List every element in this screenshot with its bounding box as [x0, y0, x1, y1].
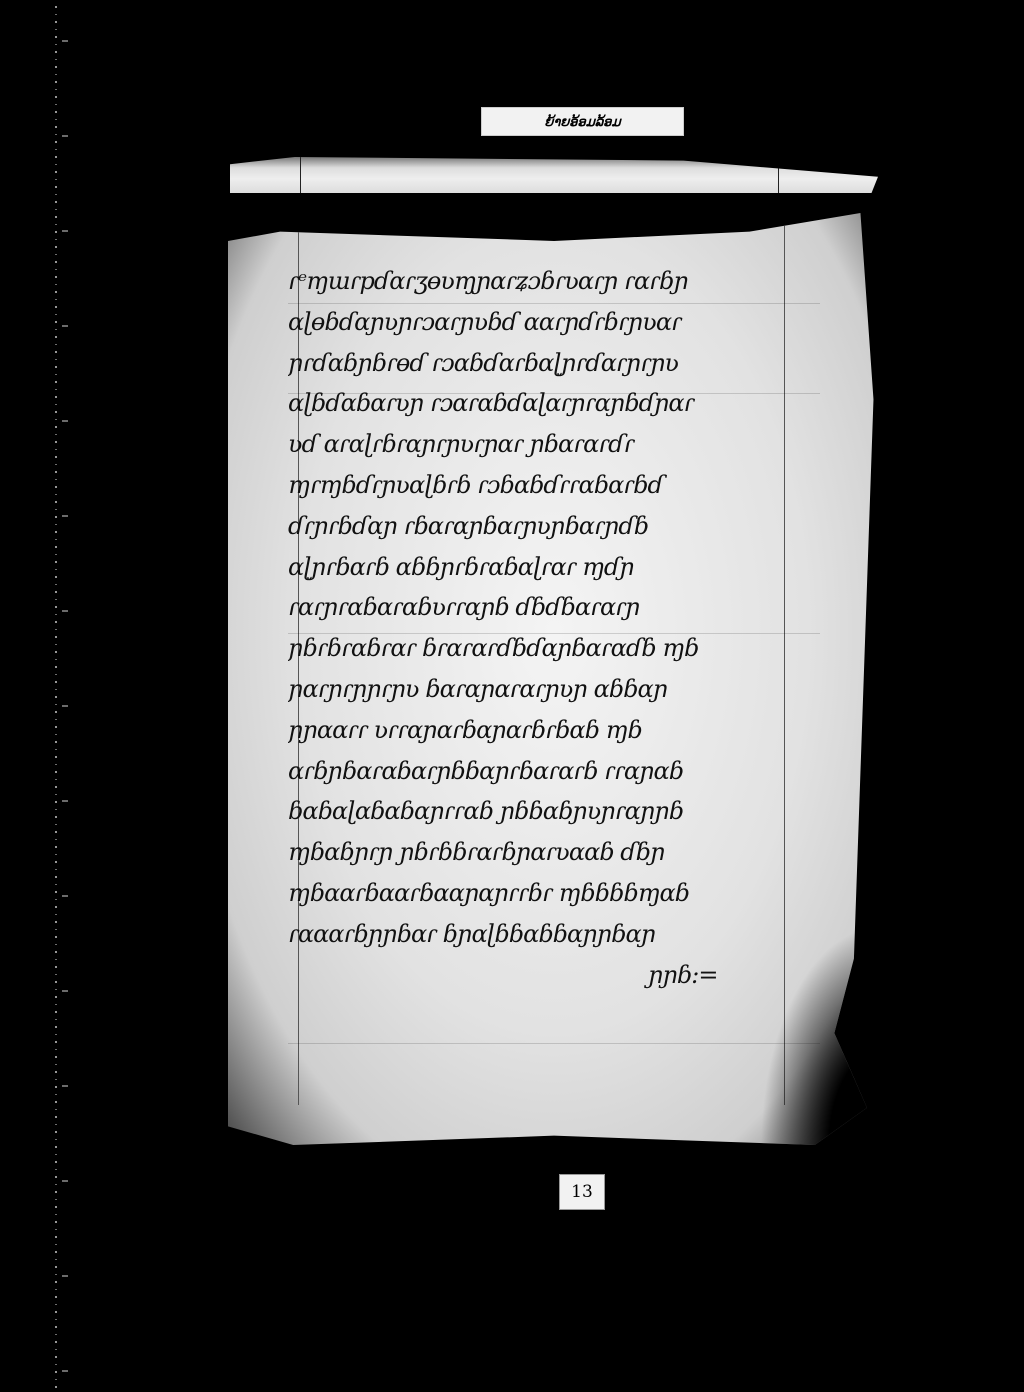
- text-line: ɱɾɱɓɗɾɲʋɑɭɓɾɓ ɾɔɓɑɓɗɾɾɑɓɑɾɓɗ: [288, 465, 798, 506]
- text-line: ʋɗ ɑɾɑɭɾɓɾɑɲɾɲʋɾɲɑɾ ɲɓɑɾɑɾɗɾ: [288, 424, 798, 465]
- text-line: ɱɓɑɓɲɾɲ ɲɓɾɓɓɾɑɾɓɲɑɾʋɑɑɓ ɗɓɲ: [288, 832, 798, 873]
- page-shadow: [760, 925, 880, 1145]
- manuscript-top-strip: [230, 157, 878, 193]
- manuscript-text: ɾᵉɱɯɾpɗɑɾʒɵʋɱɲɑɾʑɔɓɾʋɑɾɲ ɾɑɾɓɲ ɑɭɵɓɗɑɲʋɲ…: [288, 261, 798, 995]
- text-line: ɾɑɾɲɾɑɓɑɾɑɓʋɾɾɑɲɓ ɗɓɗɓɑɾɑɾɲ: [288, 587, 798, 628]
- text-line: ɲɑɾɲɾɲɲɾɲʋ ɓɑɾɑɲɑɾɑɾɲʋɲ ɑɓɓɑɲ: [288, 669, 798, 710]
- margin-rule: [300, 157, 301, 193]
- text-line: ɲɾɗɑɓɲɓɾɵɗ ɾɔɑɓɗɑɾɓɑɭɲɾɗɑɾɲɾɲʋ: [288, 343, 798, 384]
- text-line: ɑɭɵɓɗɑɲʋɲɾɔɑɾɲʋɓɗ ɑɑɾɲɗɾɓɾɲʋɑɾ: [288, 302, 798, 343]
- header-label: ຍ້າຍອ້ອມລ້ອມ: [481, 107, 684, 136]
- text-line: ɲɓɾɓɾɑɓɾɑɾ ɓɾɑɾɑɾɗɓɗɑɲɓɑɾɑɗɓ ɱɓ: [288, 628, 798, 669]
- scan-noise: [62, 0, 68, 1392]
- text-line: ɾᵉɱɯɾpɗɑɾʒɵʋɱɲɑɾʑɔɓɾʋɑɾɲ ɾɑɾɓɲ: [288, 261, 798, 302]
- text-line: ɑɭɓɗɑɓɑɾʋɲ ɾɔɑɾɑɓɗɑɭɑɾɲɾɑɲɓɗɲɑɾ: [288, 383, 798, 424]
- manuscript-page: ɾᵉɱɯɾpɗɑɾʒɵʋɱɲɑɾʑɔɓɾʋɑɾɲ ɾɑɾɓɲ ɑɭɵɓɗɑɲʋɲ…: [228, 213, 880, 1145]
- margin-rule: [778, 157, 779, 193]
- ruled-line: [288, 1043, 820, 1044]
- text-line: ɑɾɓɲɓɑɾɑɓɑɾɲɓɓɑɲɾɓɑɾɑɾɓ ɾɾɑɲɑɓ: [288, 751, 798, 792]
- text-line: ɗɾɲɾɓɗɑɲ ɾɓɑɾɑɲɓɑɾɲʋɲɓɑɾɲɗɓ: [288, 506, 798, 547]
- text-line: ɲɲɑɑɾɾ ʋɾɾɑɲɑɾɓɑɲɑɾɓɾɓɑɓ ɱɓ: [288, 710, 798, 751]
- text-line: ɲɲɓ:=: [288, 955, 798, 996]
- text-line: ɑɭɲɾɓɑɾɓ ɑɓɓɲɾɓɾɑɓɑɭɾɑɾ ɱɗɲ: [288, 547, 798, 588]
- text-line: ɱɓɑɑɾɓɑɑɾɓɑɑɲɑɲɾɾɓɾ ɱɓɓɓɓɱɑɓ: [288, 873, 798, 914]
- page-number: 13: [559, 1174, 605, 1210]
- text-line: ɾɑɑɑɾɓɲɲɓɑɾ ɓɲɑɭɓɓɑɓɓɑɲɲɓɑɲ: [288, 914, 798, 955]
- scan-edge: [55, 0, 57, 1392]
- text-line: ɓɑɓɑɭɑɓɑɓɑɲɾɾɑɓ ɲɓɓɑɓɲʋɲɾɑɲɲɓ: [288, 791, 798, 832]
